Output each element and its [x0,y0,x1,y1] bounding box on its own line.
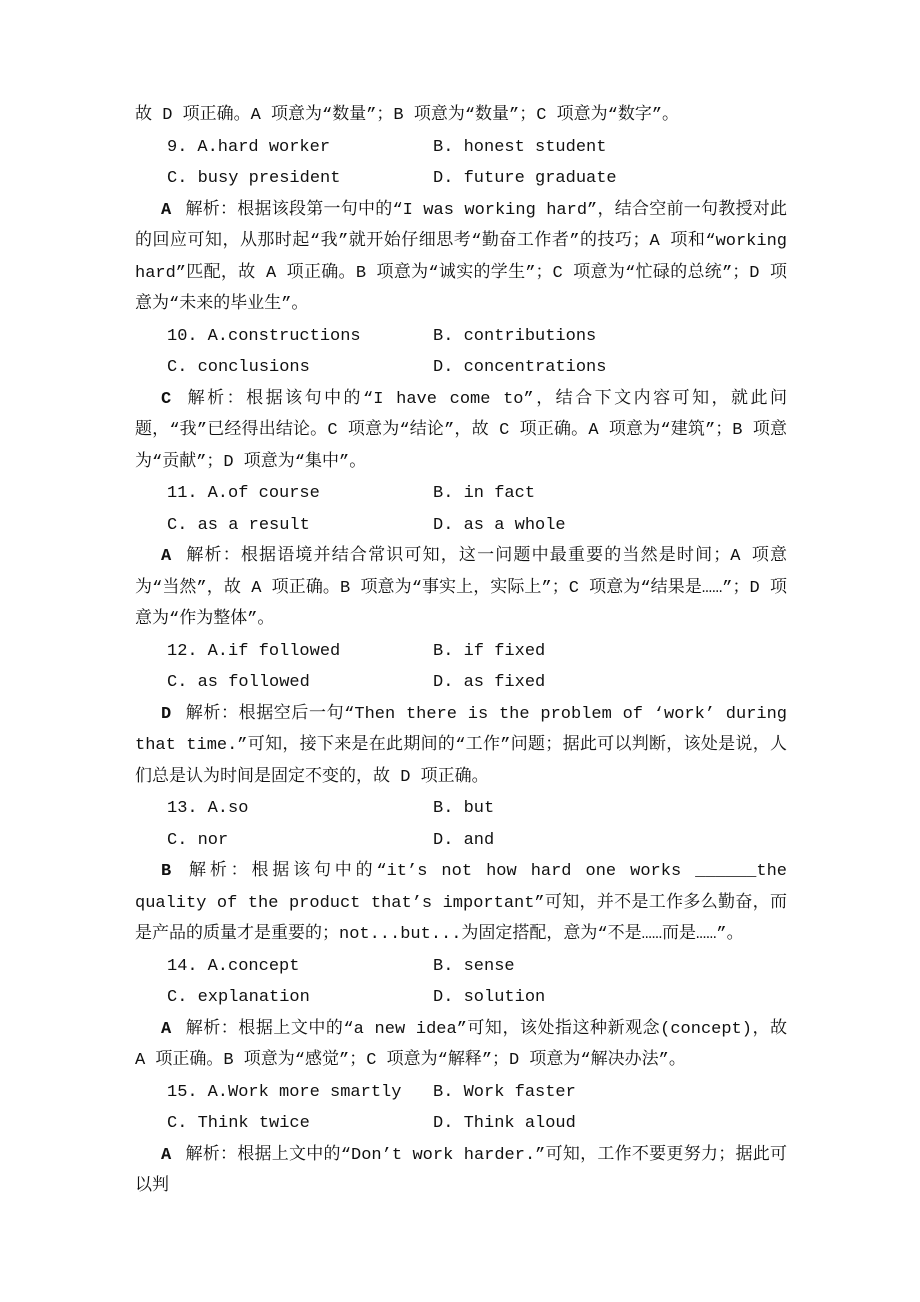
question-11: 11.A.of course B. in fact C. as a result… [135,478,787,636]
options-row: C. explanation D. solution [135,982,787,1014]
option-c: C. conclusions [135,352,433,384]
question-14: 14.A.concept B. sense C. explanation D. … [135,951,787,1077]
options-row: C. as followed D. as fixed [135,667,787,699]
options-row: 12.A.if followed B. if fixed [135,636,787,668]
option-d: D. solution [433,982,787,1014]
explanation-label: 解析： [185,1020,238,1039]
options-row: 14.A.concept B. sense [135,951,787,983]
answer-letter: A [161,1146,171,1165]
question-number: 14. [167,957,198,976]
explanation-paragraph: A解析：根据语境并结合常识可知，这一问题中最重要的当然是时间；A 项意为“当然”… [135,541,787,636]
options-row: 15.A.Work more smartly B. Work faster [135,1077,787,1109]
option-d: D. and [433,825,787,857]
options-row: 13.A.so B. but [135,793,787,825]
question-12: 12.A.if followed B. if fixed C. as follo… [135,636,787,794]
options-row: C. as a result D. as a whole [135,510,787,542]
explanation-paragraph: D解析：根据空后一句“Then there is the problem of … [135,699,787,794]
option-c: C. nor [135,825,433,857]
question-9: 9.A.hard worker B. honest student C. bus… [135,132,787,321]
question-number: 13. [167,799,198,818]
question-13: 13.A.so B. but C. nor D. and B解析：根据该句中的“… [135,793,787,951]
question-15: 15.A.Work more smartly B. Work faster C.… [135,1077,787,1203]
question-number: 11. [167,484,198,503]
option-a: A.so [208,799,249,818]
explanation-paragraph: A解析：根据该段第一句中的“I was working hard”，结合空前一句… [135,195,787,321]
explanation-paragraph: A解析：根据上文中的“Don’t work harder.”可知，工作不要更努力… [135,1140,787,1203]
option-b: B. in fact [433,478,787,510]
option-b: B. but [433,793,787,825]
question-number: 9. [167,138,187,157]
option-d: D. concentrations [433,352,787,384]
explanation-label: 解析： [185,1146,237,1165]
option-d: D. as fixed [433,667,787,699]
option-b: B. Work faster [433,1077,787,1109]
answer-letter: A [161,1020,171,1039]
option-a: A.concept [208,957,300,976]
option-a: A.constructions [208,327,361,346]
option-b: B. honest student [433,132,787,164]
options-row: 9.A.hard worker B. honest student [135,132,787,164]
option-d: D. Think aloud [433,1108,787,1140]
options-row: 11.A.of course B. in fact [135,478,787,510]
answer-letter: C [161,390,171,409]
explanation-paragraph: A解析：根据上文中的“a new idea”可知，该处指这种新观念(concep… [135,1014,787,1077]
option-b: B. if fixed [433,636,787,668]
intro-paragraph: 故 D 项正确。A 项意为“数量”；B 项意为“数量”；C 项意为“数字”。 [135,100,787,132]
options-row: 10.A.constructions B. contributions [135,321,787,353]
option-a: A.Work more smartly [208,1083,402,1102]
option-c: C. Think twice [135,1108,433,1140]
explanation-label: 解析： [185,862,251,881]
question-number: 15. [167,1083,198,1102]
option-a: A.hard worker [197,138,330,157]
explanation-label: 解析： [185,201,237,220]
option-d: D. future graduate [433,163,787,195]
option-c: C. as a result [135,510,433,542]
options-row: C. nor D. and [135,825,787,857]
answer-letter: A [161,201,171,220]
option-c: C. busy president [135,163,433,195]
answer-letter: B [161,862,171,881]
option-c: C. explanation [135,982,433,1014]
question-number: 12. [167,642,198,661]
option-c: C. as followed [135,667,433,699]
option-a: A.of course [208,484,320,503]
answer-letter: A [161,547,171,566]
explanation-label: 解析： [185,547,241,566]
explanation-paragraph: B解析：根据该句中的“it’s not how hard one works _… [135,856,787,951]
question-10: 10.A.constructions B. contributions C. c… [135,321,787,479]
explanation-label: 解析： [185,705,238,724]
option-b: B. sense [433,951,787,983]
explanation-paragraph: C解析：根据该句中的“I have come to”，结合下文内容可知，就此问题… [135,384,787,479]
option-a: A.if followed [208,642,341,661]
options-row: C. busy president D. future graduate [135,163,787,195]
answer-letter: D [161,705,171,724]
option-d: D. as a whole [433,510,787,542]
options-row: C. conclusions D. concentrations [135,352,787,384]
explanation-label: 解析： [185,390,246,409]
options-row: C. Think twice D. Think aloud [135,1108,787,1140]
question-number: 10. [167,327,198,346]
document-page: 故 D 项正确。A 项意为“数量”；B 项意为“数量”；C 项意为“数字”。 9… [0,0,920,1302]
option-b: B. contributions [433,321,787,353]
